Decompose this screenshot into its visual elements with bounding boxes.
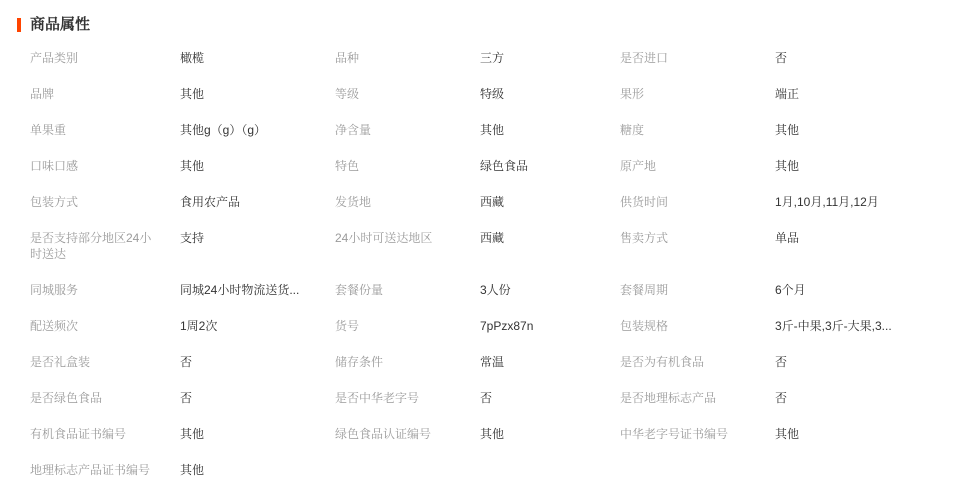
attr-value: 绿色食品 [480,148,620,184]
attr-label: 供货时间 [620,184,775,220]
attr-label: 特色 [335,148,480,184]
attr-value: 其他 [775,416,957,452]
attr-value: 3人份 [480,272,620,308]
attr-label: 原产地 [620,148,775,184]
attr-label: 是否地理标志产品 [620,380,775,416]
attr-label: 是否为有机食品 [620,344,775,380]
attr-value: 6个月 [775,272,957,308]
attr-row: 同城服务同城24小时物流送货...套餐份量3人份套餐周期6个月 [0,272,957,308]
attr-value: 其他 [775,148,957,184]
attr-value: 其他 [480,416,620,452]
attr-value: 否 [180,344,335,380]
attr-label: 是否进口 [620,40,775,76]
attr-label: 绿色食品认证编号 [335,416,480,452]
attr-row: 口味口感其他特色绿色食品原产地其他 [0,148,957,184]
attr-label: 单果重 [30,112,180,148]
attr-label: 品种 [335,40,480,76]
attr-value: 常温 [480,344,620,380]
attr-label: 货号 [335,308,480,344]
product-attributes-grid: 产品类别橄榄品种三方是否进口否品牌其他等级特级果形端正单果重其他g（g）（g）净… [0,40,957,488]
attr-label: 果形 [620,76,775,112]
attr-value: 其他 [480,112,620,148]
attr-row: 品牌其他等级特级果形端正 [0,76,957,112]
attr-value: 否 [775,40,957,76]
attr-value [775,452,957,472]
attr-value: 否 [480,380,620,416]
attr-value: 否 [775,344,957,380]
attr-label: 套餐份量 [335,272,480,308]
attr-label: 产品类别 [30,40,180,76]
attr-value: 其他 [180,76,335,112]
attr-value: 其他g（g）（g） [180,112,335,148]
attr-label: 等级 [335,76,480,112]
attr-value [480,452,620,472]
attr-label: 包装规格 [620,308,775,344]
attr-value: 西藏 [480,184,620,220]
attr-value: 其他 [180,148,335,184]
attr-row: 是否礼盒装否储存条件常温是否为有机食品否 [0,344,957,380]
attr-label: 是否支持部分地区24小时送达 [30,220,180,272]
attr-value: 特级 [480,76,620,112]
attr-row: 是否绿色食品否是否中华老字号否是否地理标志产品否 [0,380,957,416]
attr-value: 同城24小时物流送货... [180,272,335,308]
attr-label: 套餐周期 [620,272,775,308]
attr-value: 端正 [775,76,957,112]
attr-label: 净含量 [335,112,480,148]
section-header: 商品属性 [0,0,957,40]
attr-label: 发货地 [335,184,480,220]
attr-label: 糖度 [620,112,775,148]
attr-label: 口味口感 [30,148,180,184]
attr-label: 品牌 [30,76,180,112]
attr-value: 其他 [180,416,335,452]
attr-label [335,452,480,472]
attr-row: 包装方式食用农产品发货地西藏供货时间1月,10月,11月,12月 [0,184,957,220]
attr-label: 中华老字号证书编号 [620,416,775,452]
attr-label: 同城服务 [30,272,180,308]
attr-value: 其他 [180,452,335,488]
attr-label: 是否中华老字号 [335,380,480,416]
attr-label: 是否绿色食品 [30,380,180,416]
attr-value: 1月,10月,11月,12月 [775,184,957,220]
attr-value: 单品 [775,220,957,256]
attr-value: 1周2次 [180,308,335,344]
attr-value: 否 [180,380,335,416]
section-title: 商品属性 [30,17,90,33]
attr-label: 是否礼盒装 [30,344,180,380]
attr-row: 有机食品证书编号其他绿色食品认证编号其他中华老字号证书编号其他 [0,416,957,452]
attr-value: 其他 [775,112,957,148]
attr-value: 食用农产品 [180,184,335,220]
attr-value: 7pPzx87n [480,308,620,344]
attr-label: 包装方式 [30,184,180,220]
attr-value: 否 [775,380,957,416]
attr-value: 三方 [480,40,620,76]
attr-value: 3斤-中果,3斤-大果,3... [775,308,957,344]
attr-label [620,452,775,472]
attr-value: 橄榄 [180,40,335,76]
attr-row: 是否支持部分地区24小时送达支持24小时可送达地区西藏售卖方式单品 [0,220,957,272]
title-accent-bar [17,18,21,32]
attr-value: 支持 [180,220,335,256]
attr-label: 地理标志产品证书编号 [30,452,180,488]
attr-label: 24小时可送达地区 [335,220,480,256]
attr-row: 配送频次1周2次货号7pPzx87n包装规格3斤-中果,3斤-大果,3... [0,308,957,344]
attr-label: 配送频次 [30,308,180,344]
attr-row: 地理标志产品证书编号其他 [0,452,957,488]
attr-label: 有机食品证书编号 [30,416,180,452]
attr-label: 储存条件 [335,344,480,380]
attr-value: 西藏 [480,220,620,256]
attr-row: 单果重其他g（g）（g）净含量其他糖度其他 [0,112,957,148]
attr-row: 产品类别橄榄品种三方是否进口否 [0,40,957,76]
attr-label: 售卖方式 [620,220,775,256]
